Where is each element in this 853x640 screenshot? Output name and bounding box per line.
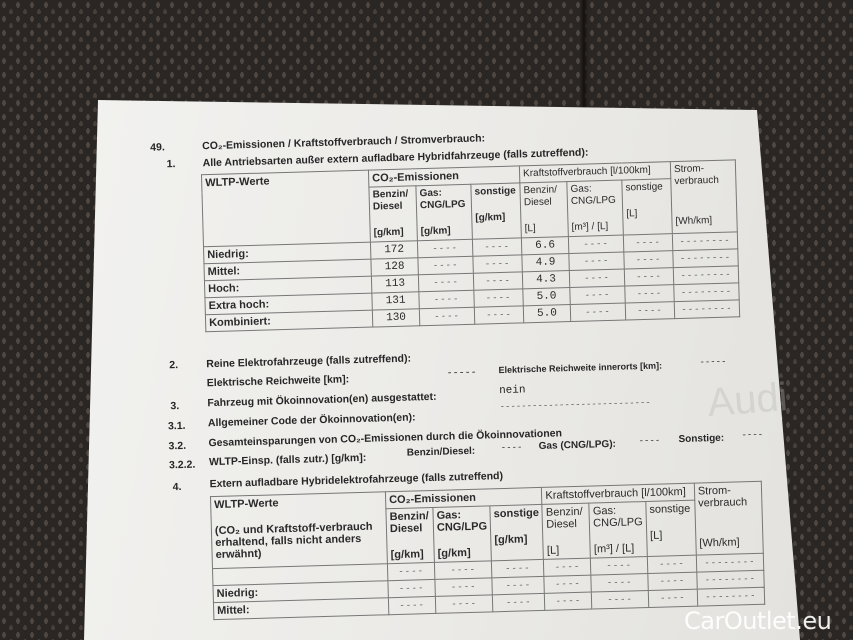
item3-1-label: Allgemeiner Code der Ökoinnovation(en): [208,411,416,429]
table1-col-unit: [g/km] [475,211,517,224]
table2-col-unit: [g/km] [438,546,488,559]
table2-power-unit: [Wh/km] [699,536,759,550]
table-cell: ---- [419,307,474,326]
table-cell: ---- [569,252,624,271]
table1-col-unit: [L] [524,222,564,235]
caroutlet-logo: CarOutlet.eu [684,607,831,635]
table-cell: ---- [544,558,591,576]
table2-col-header: Benzin/ Diesel[g/km] [386,507,435,563]
electric-range-value: ----- [447,368,477,380]
item4-title: Extern aufladbare Hybridelektrofahrzeuge… [209,470,503,490]
item1-number: 1. [167,158,176,170]
audi-watermark: Audi [706,375,789,426]
table-cell: ---- [435,595,493,614]
item3-value: nein [499,384,526,397]
table-cell: ---- [388,596,435,614]
table-cell: ---- [625,302,674,320]
item3-2-number: 3.2. [168,440,186,452]
table1-col-unit: [L] [626,207,668,220]
table2-row-header-label: WLTP-Werte [214,497,279,511]
table2-col-label: Benzin/ Diesel [389,510,428,535]
table-cell: ---- [473,255,522,273]
table-cell: -------- [697,587,764,606]
table-cell: ---- [624,251,673,269]
item3-2-2-label: WLTP-Einsp. (falls zutr.) [g/km]: [209,452,367,468]
electric-city-range-value: ----- [699,357,726,368]
table2-col-unit: [L] [650,529,692,542]
table-cell: -------- [674,300,739,319]
table2-row-header: WLTP-Werte (CO₂ und Kraftstoff-verbrauch… [210,492,387,569]
item4-number: 4. [173,481,182,493]
table2-col-header: Gas: CNG/LPG[m³] / [L] [589,502,647,559]
table2-power-label: Strom-verbrauch [698,485,748,510]
table-cell: 113 [371,275,418,293]
item3-label: Fahrzeug mit Ökoinnovation(en) ausgestat… [207,391,437,409]
table-cell: ---- [648,572,697,590]
table2-power-group: Strom-verbrauch [Wh/km] [694,481,763,555]
table-cell: 130 [372,309,419,327]
table2-col-unit: [L] [547,544,587,557]
item3-2-2-number: 3.2.2. [169,459,196,472]
table-cell: ---- [569,269,624,288]
item3-1-value: ---------------------------- [499,398,650,412]
table-cell: ---- [491,559,544,577]
table-cell: ---- [418,273,473,292]
table1-col-label: Benzin/ Diesel [523,184,557,208]
table2-col-header: Benzin/ Diesel[L] [542,503,591,559]
table-cell: ---- [570,303,625,322]
table-cell: -------- [696,553,763,572]
table-cell: ---- [648,589,697,607]
table-cell: 172 [370,241,417,259]
table-cell: ---- [591,573,648,592]
wltp-table-1: WLTP-Werte CO₂-Emissionen Kraftstoffverb… [201,159,740,332]
gas-savings-label: Gas (CNG/LPG): [539,439,617,452]
table1-power-group: Strom-verbrauch [Wh/km] [670,160,737,234]
table-cell: -------- [673,249,738,268]
table-cell: ---- [545,592,592,610]
table2-col-label: sonstige [649,503,690,516]
other-savings-value: ---- [741,430,763,441]
table-cell: 128 [371,258,418,276]
table1-col-label: Gas: CNG/LPG [419,188,465,212]
table-cell: ---- [647,555,696,573]
table1-col-label: Gas: CNG/LPG [570,183,616,207]
petrol-savings-label: Benzin/Diesel: [407,446,476,459]
table2-col-unit: [m³] / [L] [594,542,644,555]
table2-col-header: sonstige[g/km] [490,504,544,560]
table1-col-label: sonstige [474,186,515,198]
electric-range-label: Elektrische Reichweite [km]: [207,373,350,389]
table1-col-unit: [g/km] [374,226,414,239]
table1-power-unit: [Wh/km] [675,214,733,228]
petrol-savings-value: ---- [501,442,523,453]
table1-col-header: Benzin/ Diesel[L] [520,182,569,238]
table2-row-note: (CO₂ und Kraftstoff-verbrauch erhaltend,… [215,520,381,561]
table-cell: ---- [570,286,625,305]
table2-col-label: Gas: CNG/LPG [436,509,487,534]
table-cell: ---- [591,557,648,576]
table-cell: 6.6 [521,237,568,255]
row-label: Mittel: [213,598,388,620]
table1-row-header: WLTP-Werte [201,170,370,247]
table-cell: ---- [419,290,474,309]
section-title: CO₂-Emissionen / Kraftstoffverbrauch / S… [202,132,485,152]
table-cell: ---- [387,562,434,580]
table-cell: ---- [492,593,545,611]
gas-savings-value: ---- [638,436,660,447]
table-cell: ---- [417,239,472,258]
table1-col-unit: [g/km] [421,225,469,238]
table-cell: -------- [673,266,738,285]
table-cell: ---- [625,285,674,303]
table-cell: ---- [435,578,493,597]
table-cell: -------- [674,283,739,302]
table1-col-header: sonstige[g/km] [471,183,522,239]
table-cell: ---- [544,575,591,593]
section-number: 49. [150,141,165,153]
item3-1-number: 3.1. [168,420,186,432]
item2-number: 2. [169,359,178,371]
table-cell: 4.3 [522,271,569,289]
table-cell: ---- [474,289,523,307]
table1-col-header: Gas: CNG/LPG[g/km] [416,184,473,241]
table-cell: 4.9 [522,254,569,272]
table-cell: ---- [592,590,649,609]
item2-title: Reine Elektrofahrzeuge (falls zutreffend… [206,353,411,371]
table1-col-label: Benzin/ Diesel [372,189,408,213]
table-cell: ---- [623,234,672,252]
table2-col-label: Gas: CNG/LPG [593,505,643,530]
table1-col-header: Gas: CNG/LPG[m³] / [L] [567,180,624,237]
table-cell: 5.0 [523,288,570,306]
electric-city-range-label: Elektrische Reichweite innerorts [km]: [498,361,662,376]
wltp-table-2: WLTP-Werte (CO₂ und Kraftstoff-verbrauch… [210,481,765,620]
table1-col-header: Benzin/ Diesel[g/km] [369,186,418,242]
table1-power-label: Strom-verbrauch [674,163,719,187]
table-cell: ---- [434,561,492,580]
table-cell: ---- [388,579,435,597]
other-savings-label: Sonstige: [678,433,724,445]
table2-col-header: sonstige[L] [646,500,697,556]
table-cell: ---- [472,238,521,256]
table2-col-unit: [g/km] [391,548,431,561]
document-content: Audi 49. CO₂-Emissionen / Kraftstoffverb… [0,0,853,640]
row-label: Kombiniert: [205,310,372,332]
table-cell: ---- [568,235,623,254]
table-cell: ---- [473,272,522,290]
table-cell: -------- [697,570,764,589]
table1-col-unit: [m³] / [L] [571,221,619,234]
table2-col-label: Benzin/ Diesel [546,506,583,531]
table1-col-header: sonstige[L] [622,179,673,235]
item3-number: 3. [170,400,179,412]
table-cell: 5.0 [523,305,570,323]
table-cell: -------- [672,232,737,251]
table-cell: 131 [372,292,419,310]
table-cell: ---- [474,306,523,324]
table-cell: ---- [492,576,545,594]
table2-col-label: sonstige [494,507,540,520]
table-cell: ---- [624,268,673,286]
table1-col-label: sonstige [625,181,663,193]
table2-col-header: Gas: CNG/LPG[g/km] [433,506,492,563]
table2-col-unit: [g/km] [494,533,540,546]
table-cell: ---- [418,256,473,275]
